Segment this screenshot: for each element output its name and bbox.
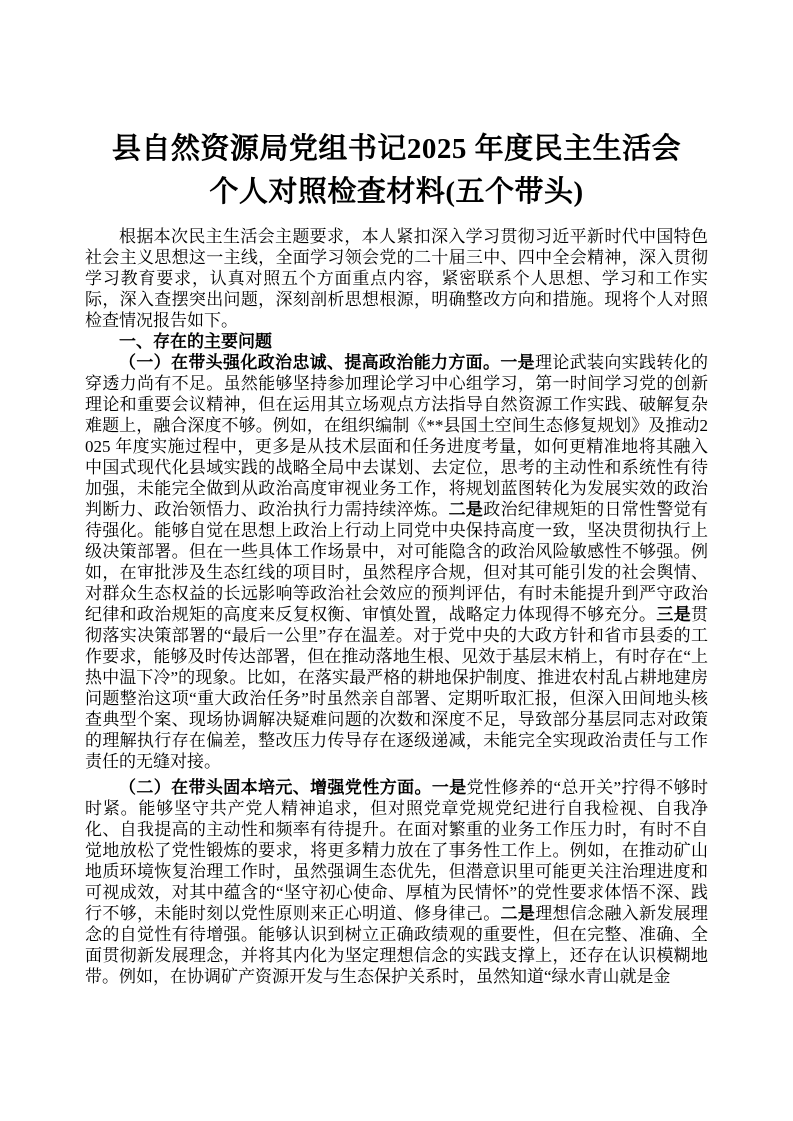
text-run: 贯彻落实决策部署的“最后一公里”存在温差。对于党中央的大政方针和省市县委的工作要… [85,605,708,771]
document-page: 县自然资源局党组书记2025 年度民主生活会 个人对照检查材料(五个带头) 根据… [0,0,793,1121]
bold-run: 三是 [656,605,691,624]
title-line-1: 县自然资源局党组书记2025 年度民主生活会 [85,128,708,171]
bold-run: 二是 [449,500,484,519]
text-run: 理论武装向实践转化的穿透力尚有不足。虽然能够坚持参加理论学习中心组学习，第一时间… [85,353,708,519]
paragraph-section-1: （一）在带头强化政治忠诚、提高政治能力方面。一是理论武装向实践转化的穿透力尚有不… [85,352,708,772]
title-line-2: 个人对照检查材料(五个带头) [85,171,708,214]
bold-run: 一、存在的主要问题 [119,332,272,351]
bold-run: （二）在带头固本培元、增强党性方面。一是 [119,778,467,797]
section-heading-main-problems: 一、存在的主要问题 [85,331,708,352]
bold-run: （一）在带头强化政治忠诚、提高政治能力方面。一是 [119,353,535,372]
document-body: 根据本次民主生活会主题要求，本人紧扣深入学习贯彻习近平新时代中国特色社会主义思想… [85,226,708,987]
text-run: 党性修养的“总开关”拧得不够时时紧。能够坚守共产党人精神追求，但对照党章党规党纪… [85,778,708,923]
paragraph-section-2: （二）在带头固本培元、增强党性方面。一是党性修养的“总开关”拧得不够时时紧。能够… [85,777,708,987]
text-run: 根据本次民主生活会主题要求，本人紧扣深入学习贯彻习近平新时代中国特色社会主义思想… [85,227,708,330]
document-title: 县自然资源局党组书记2025 年度民主生活会 个人对照检查材料(五个带头) [85,128,708,214]
bold-run: 二是 [501,904,536,923]
intro-paragraph: 根据本次民主生活会主题要求，本人紧扣深入学习贯彻习近平新时代中国特色社会主义思想… [85,226,708,331]
